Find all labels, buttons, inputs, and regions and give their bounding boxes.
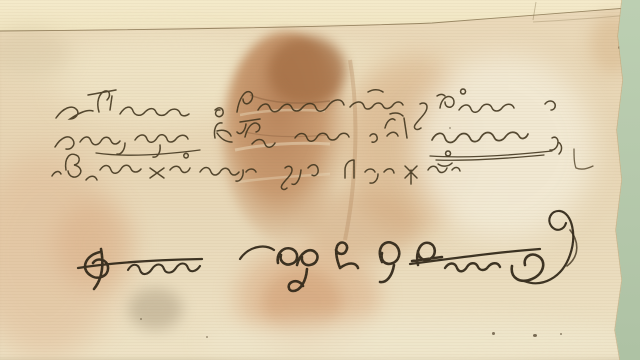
stain-light-bottom (200, 318, 640, 360)
ink-speck (492, 332, 495, 335)
top-sheet-edge (0, 0, 640, 34)
curved-pen-stroke (567, 230, 577, 266)
manuscript-photo (0, 0, 640, 360)
stain-light-center (415, 55, 595, 240)
ink-speck (140, 318, 142, 320)
ink-speck (533, 334, 537, 337)
paper-sheet (0, 0, 640, 360)
ink-speck (560, 333, 562, 335)
ink-speck (449, 127, 451, 129)
stain-left-mid (55, 200, 135, 290)
stain-patch-dark-top (268, 36, 346, 106)
ink-speck (206, 336, 208, 338)
smudge-bottom-left (128, 288, 183, 330)
